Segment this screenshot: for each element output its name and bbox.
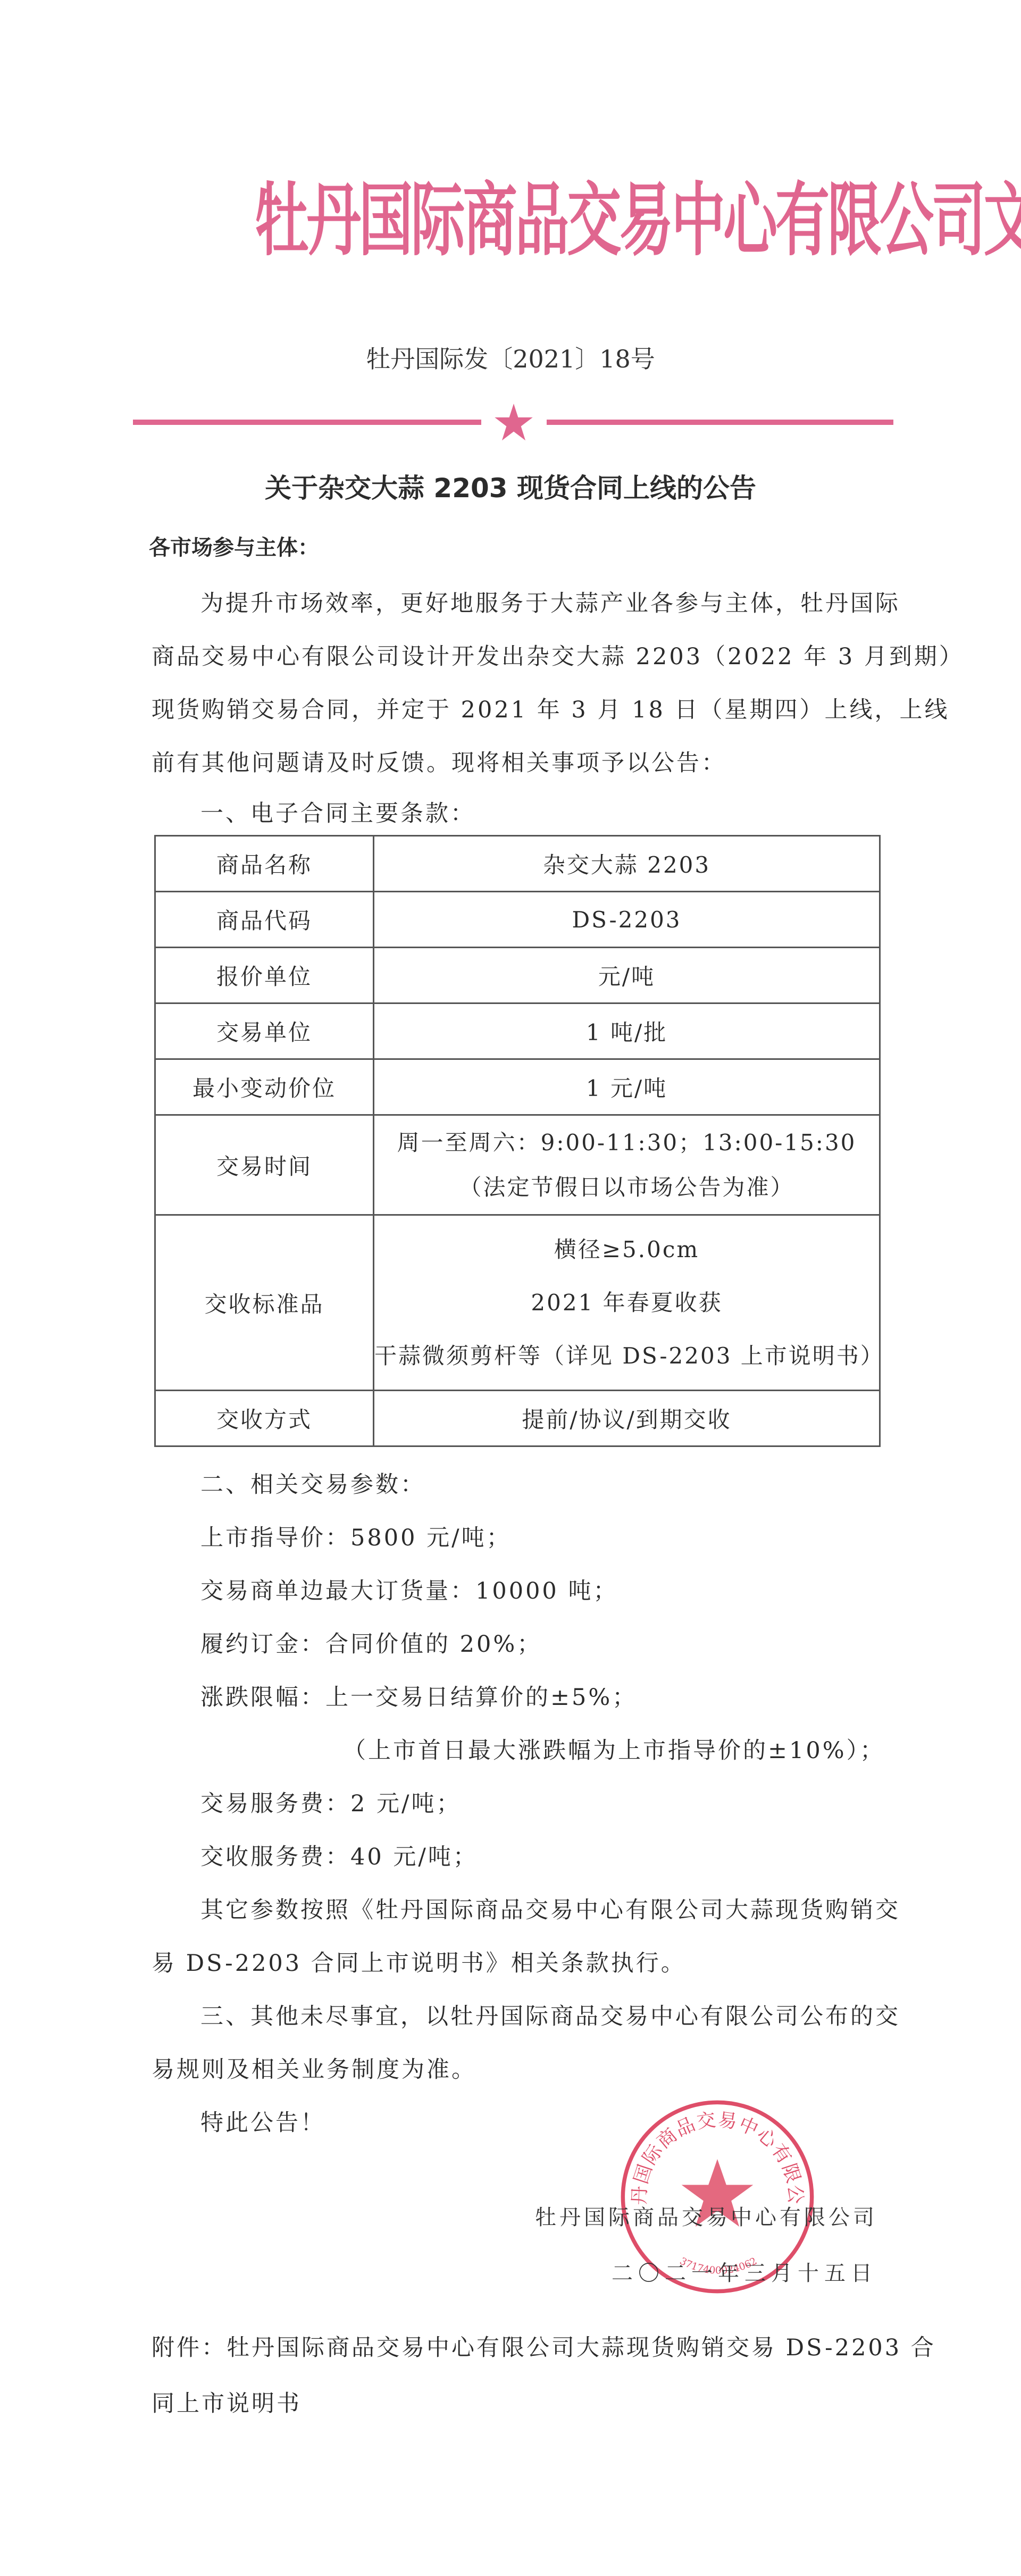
term-value-line: 横径≥5.0cm xyxy=(374,1223,879,1276)
term-value: 1 吨/批 xyxy=(374,1003,880,1059)
term-value: DS-2203 xyxy=(374,892,880,948)
greeting: 各市场参与主体： xyxy=(149,532,319,564)
term-key: 商品代码 xyxy=(155,892,374,948)
table-row: 最小变动价位 1 元/吨 xyxy=(155,1059,880,1115)
table-row: 交收方式 提前/协议/到期交收 xyxy=(155,1391,880,1446)
term-key: 交易单位 xyxy=(155,1003,374,1059)
signing-company: 牡丹国际商品交易中心有限公司 xyxy=(532,2202,877,2234)
term-value-line: （法定节假日以市场公告为准） xyxy=(374,1165,879,1210)
table-row: 商品代码 DS-2203 xyxy=(155,892,880,948)
signing-date: 二〇二一年三月十五日 xyxy=(532,2257,877,2289)
intro-line: 商品交易中心有限公司设计开发出杂交大蒜 2203（2022 年 3 月到期） xyxy=(152,641,880,673)
term-value: 横径≥5.0cm 2021 年春夏收获 干蒜微须剪杆等（详见 DS-2203 上… xyxy=(374,1215,880,1391)
intro-line: 现货购销交易合同，并定于 2021 年 3 月 18 日（星期四）上线，上线 xyxy=(152,694,880,726)
term-value: 元/吨 xyxy=(374,948,880,1003)
term-key: 报价单位 xyxy=(155,948,374,1003)
document-number: 牡丹国际发〔2021〕18号 xyxy=(0,343,1021,375)
param-line: 上市指导价：5800 元/吨； xyxy=(152,1522,929,1554)
term-value: 提前/协议/到期交收 xyxy=(374,1391,880,1446)
section-1-title: 一、电子合同主要条款： xyxy=(152,798,929,830)
table-row: 交易单位 1 吨/批 xyxy=(155,1003,880,1059)
contract-terms-table: 商品名称 杂交大蒜 2203 商品代码 DS-2203 报价单位 元/吨 交易单… xyxy=(154,835,881,1447)
param-line: 交易商单边最大订货量：10000 吨； xyxy=(152,1575,929,1607)
section-2-title: 二、相关交易参数： xyxy=(152,1469,929,1501)
intro-line: 为提升市场效率，更好地服务于大蒜产业各参与主体，牡丹国际 xyxy=(152,588,929,620)
divider-left xyxy=(133,420,481,425)
term-value: 杂交大蒜 2203 xyxy=(374,836,880,892)
table-row: 交收标准品 横径≥5.0cm 2021 年春夏收获 干蒜微须剪杆等（详见 DS-… xyxy=(155,1215,880,1391)
other-params-line: 易 DS-2203 合同上市说明书》相关条款执行。 xyxy=(152,1947,880,1979)
star-icon xyxy=(493,402,534,442)
param-line: 交易服务费：2 元/吨； xyxy=(152,1788,929,1820)
attachment-line: 同上市说明书 xyxy=(152,2388,880,2420)
term-key: 商品名称 xyxy=(155,836,374,892)
param-line: （上市首日最大涨跌幅为上市指导价的±10%）； xyxy=(152,1735,1021,1767)
term-value-line: 周一至周六：9:00-11:30；13:00-15:30 xyxy=(374,1120,879,1165)
term-key: 交收方式 xyxy=(155,1391,374,1446)
term-key: 交易时间 xyxy=(155,1115,374,1215)
term-key: 最小变动价位 xyxy=(155,1059,374,1115)
term-value: 周一至周六：9:00-11:30；13:00-15:30 （法定节假日以市场公告… xyxy=(374,1115,880,1215)
section-3-line: 三、其他未尽事宜，以牡丹国际商品交易中心有限公司公布的交 xyxy=(152,2001,929,2033)
param-line: 涨跌限幅：上一交易日结算价的±5%； xyxy=(152,1682,929,1713)
section-3-line: 易规则及相关业务制度为准。 xyxy=(152,2054,880,2086)
divider-right xyxy=(547,420,893,425)
param-line: 交收服务费：40 元/吨； xyxy=(152,1841,929,1873)
other-params-line: 其它参数按照《牡丹国际商品交易中心有限公司大蒜现货购销交 xyxy=(152,1894,929,1926)
term-value-line: 2021 年春夏收获 xyxy=(374,1276,879,1329)
table-row: 交易时间 周一至周六：9:00-11:30；13:00-15:30 （法定节假日… xyxy=(155,1115,880,1215)
param-line: 履约订金：合同价值的 20%； xyxy=(152,1628,929,1660)
intro-line: 前有其他问题请及时反馈。现将相关事项予以公告： xyxy=(152,747,880,779)
table-row: 报价单位 元/吨 xyxy=(155,948,880,1003)
term-value: 1 元/吨 xyxy=(374,1059,880,1115)
term-value-line: 干蒜微须剪杆等（详见 DS-2203 上市说明书） xyxy=(374,1329,879,1383)
document-title: 牡丹国际商品交易中心有限公司文件 xyxy=(255,162,772,279)
notice-headline: 关于杂交大蒜 2203 现货合同上线的公告 xyxy=(0,470,1021,507)
table-row: 商品名称 杂交大蒜 2203 xyxy=(155,836,880,892)
term-key: 交收标准品 xyxy=(155,1215,374,1391)
attachment-line: 附件：牡丹国际商品交易中心有限公司大蒜现货购销交易 DS-2203 合 xyxy=(152,2332,880,2364)
